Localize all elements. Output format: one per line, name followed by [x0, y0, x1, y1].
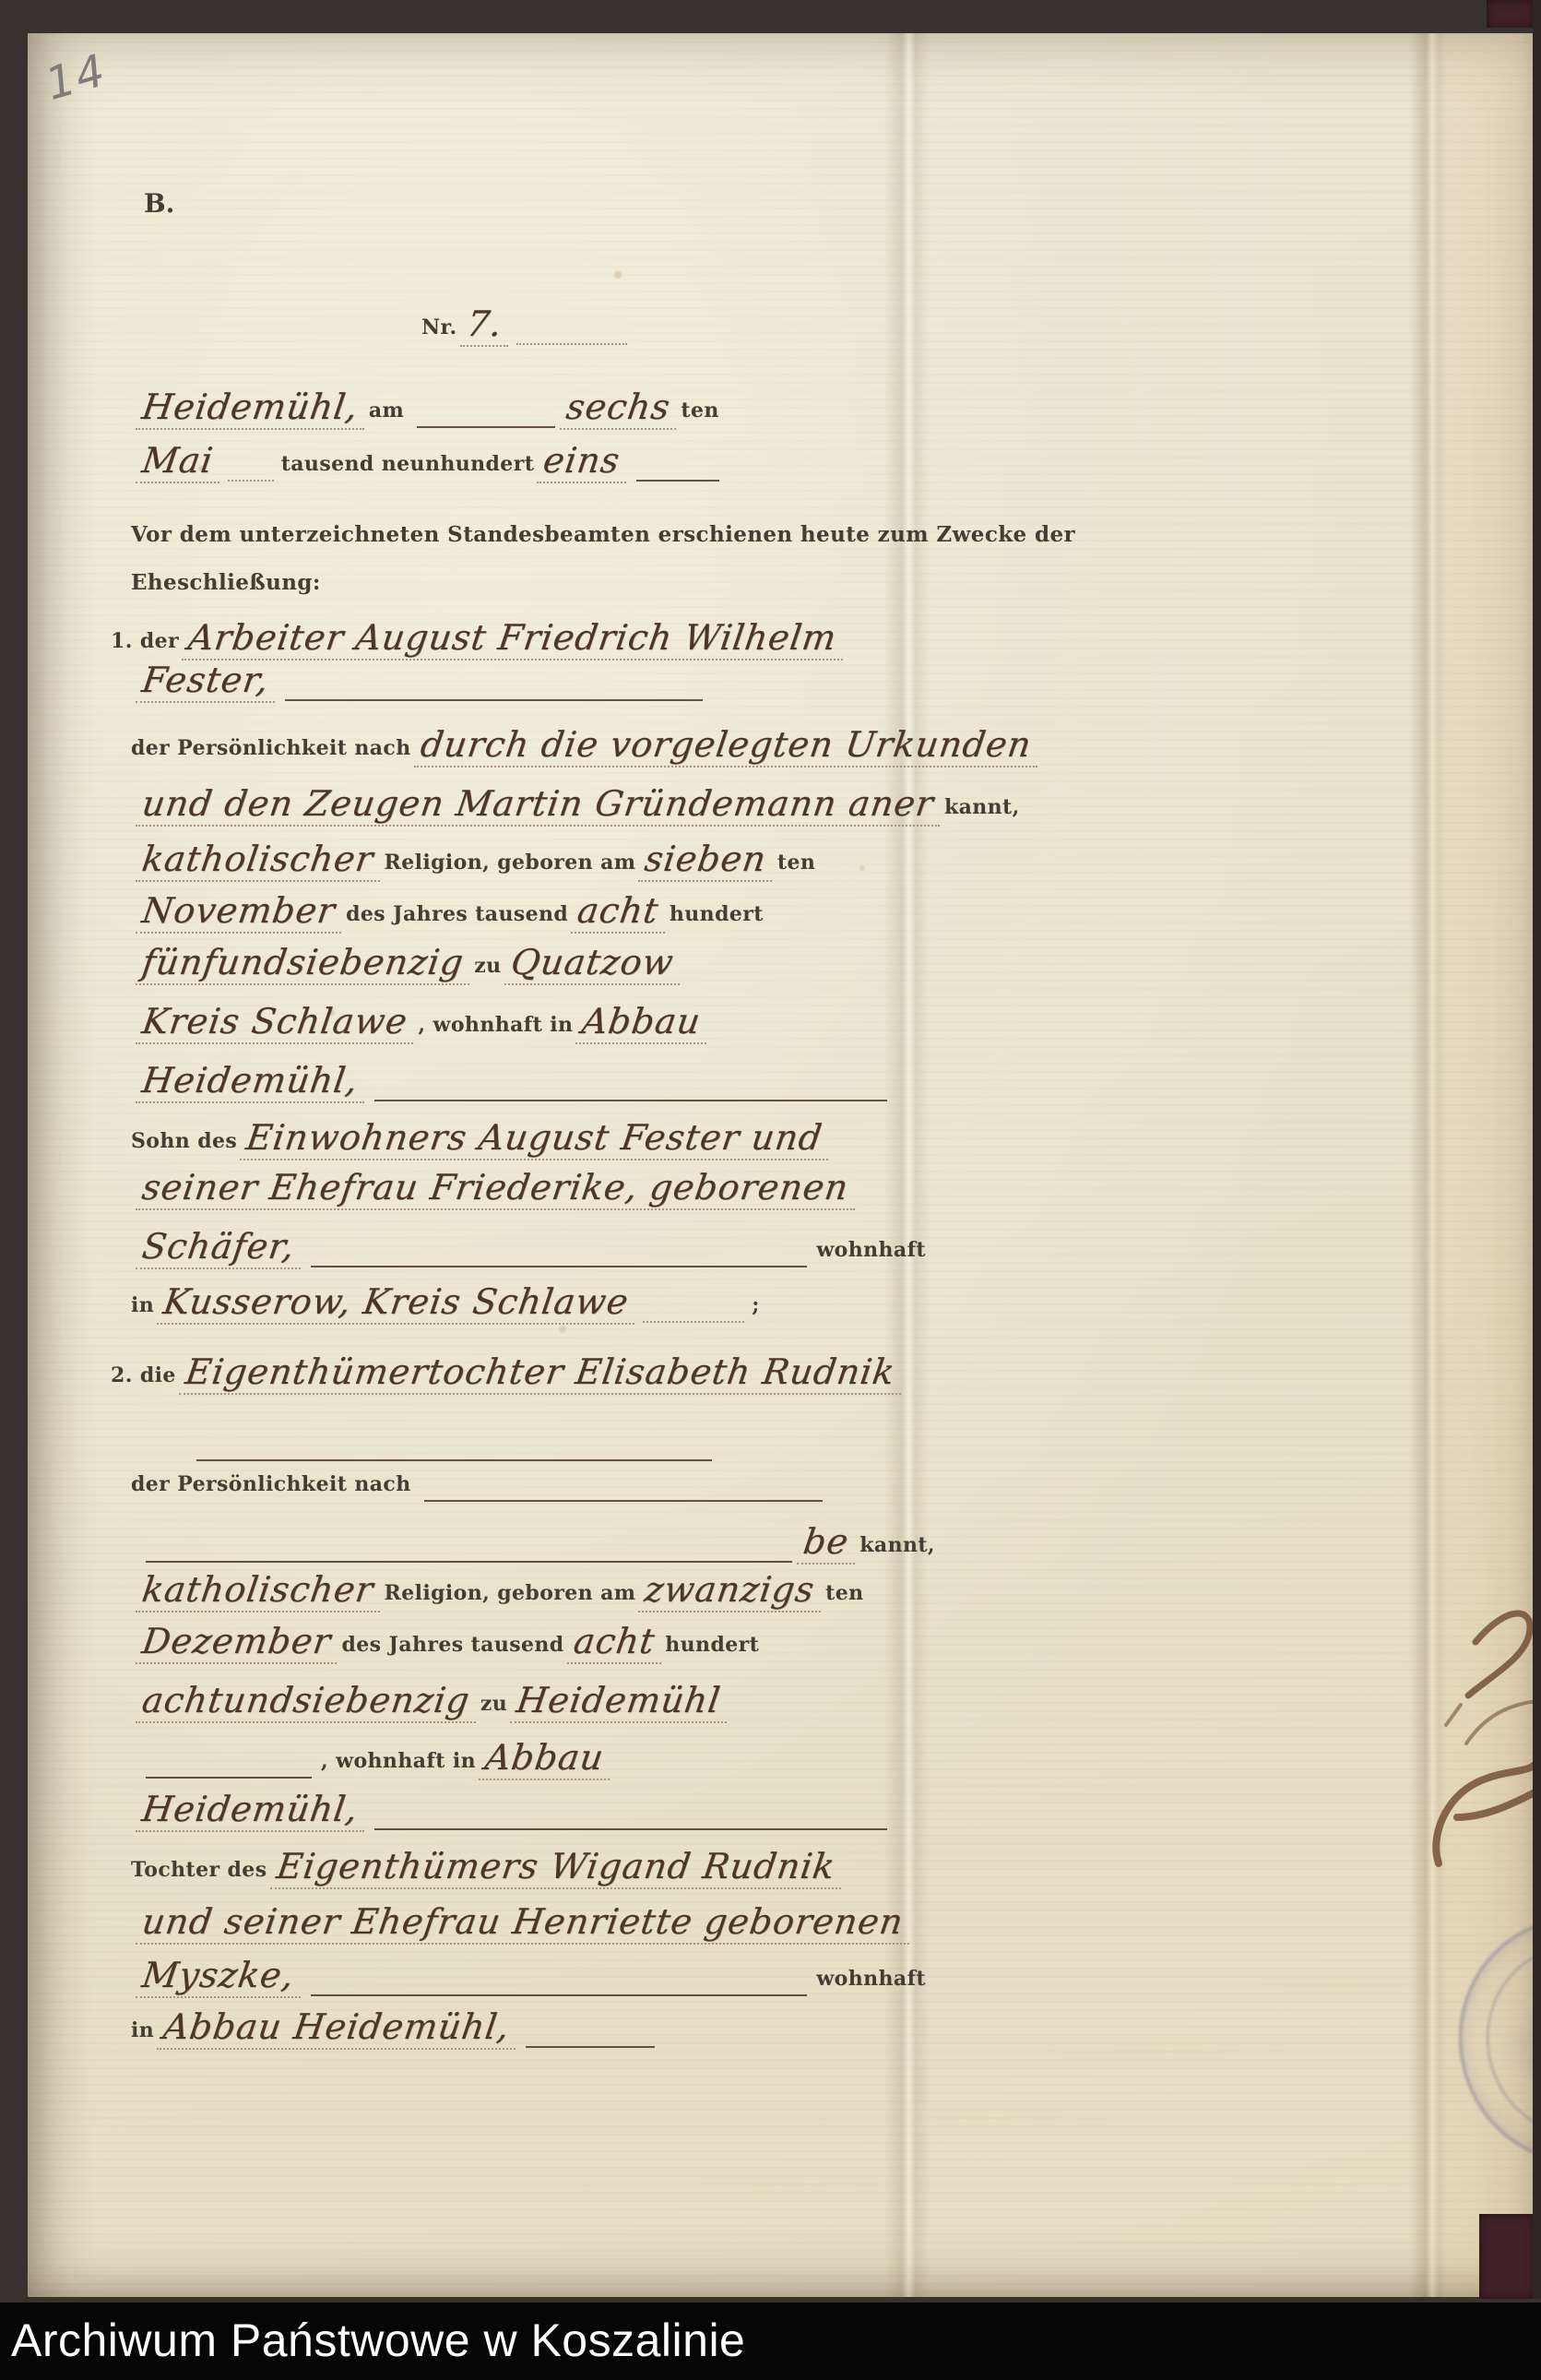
printed-form-text: der Persönlichkeit nach [129, 736, 417, 768]
printed-form-text: Nr. [420, 315, 463, 347]
handwritten-entry: Heidemühl, [136, 1791, 370, 1832]
handwritten-entry: Mai [136, 443, 225, 483]
ink-rule [311, 1266, 807, 1267]
form-line: achtundsiebenzigzuHeidemühl [138, 1670, 858, 1723]
handwritten-entry: katholischer [136, 841, 385, 882]
handwritten-entry: acht [567, 1624, 667, 1664]
ink-rule [424, 1500, 823, 1502]
archive-name: Archiwum Państwowe w Koszalinie [11, 2314, 745, 2367]
printed-form-text: wohnhaft [814, 1238, 931, 1269]
dotted-rule [643, 1321, 744, 1323]
printed-form-text: , wohnhaft in [416, 1013, 578, 1044]
handwritten-entry: Heidemühl, [136, 1063, 370, 1103]
printed-form-text: hundert [663, 1633, 765, 1664]
form-line: , wohnhaft inAbbau [138, 1727, 821, 1780]
printed-form-text: zu [479, 1692, 513, 1723]
handwritten-entry: katholischer [136, 1572, 385, 1612]
form-line: der Persönlichkeit nachdurch die vorgele… [129, 714, 830, 768]
printed-form-text: Religion, geboren am [383, 851, 642, 882]
handwritten-entry: November [136, 893, 347, 934]
printed-form-text: wohnhaft [814, 1967, 931, 1998]
handwritten-entry: acht [571, 893, 670, 934]
printed-form-text: Eheschließung: [129, 570, 326, 596]
printed-form-text: der Persönlichkeit nach [129, 1472, 417, 1504]
handwritten-entry: eins [537, 443, 632, 483]
form-line: katholischerReligion, geboren amsiebente… [138, 828, 821, 882]
printed-form-text: tausend neunhundert [279, 452, 540, 483]
form-line: inKusserow, Kreis Schlawe; [129, 1271, 941, 1325]
handwritten-entry: sechs [560, 389, 682, 430]
handwritten-entry: Abbau Heidemühl, [157, 2009, 521, 2050]
form-line: Maitausend neunhunderteins [138, 430, 710, 483]
form-line: und den Zeugen Martin Gründemann anerkan… [138, 773, 858, 827]
handwritten-entry: 7. [459, 306, 513, 347]
printed-form-text: Religion, geboren am [383, 1581, 642, 1612]
printed-form-text: ; [750, 1293, 765, 1325]
form-line: Dezemberdes Jahres tausendachthundert [138, 1611, 858, 1664]
handwritten-entry: Heidemühl [510, 1683, 732, 1723]
printed-form-text: in [129, 1293, 160, 1325]
form-line: Novemberdes Jahres tausendachthundert [138, 880, 802, 934]
printed-form-text: Vor dem unterzeichneten Standesbeamten e… [129, 522, 1081, 548]
printed-form-text: ten [776, 851, 821, 882]
handwritten-entry: und seiner Ehefrau Henriette geborenen [136, 1904, 915, 1945]
book-cover-strip-bottom [1479, 2214, 1535, 2299]
printed-form-text: 2. die [109, 1363, 182, 1395]
form-line: bekannt, [138, 1511, 941, 1565]
archive-footer-bar: Archiwum Państwowe w Koszalinie [0, 2303, 1541, 2380]
printed-form-text: des Jahres tausend [339, 1633, 569, 1664]
form-line: Tochter desEigenthümers Wigand Rudnik [129, 1836, 848, 1889]
handwritten-entry: Dezember [136, 1624, 343, 1664]
handwritten-entry: Heidemühl, [136, 389, 370, 430]
form-line: Kreis Schlawe, wohnhaft inAbbau [138, 991, 904, 1044]
dotted-rule [516, 343, 627, 345]
ink-rule [636, 480, 719, 482]
handwritten-entry: Myszke, [136, 1958, 306, 1998]
ink-rule [417, 426, 555, 428]
printed-form-text: , wohnhaft in [319, 1749, 481, 1780]
form-line: fünfundsiebenzigzuQuatzow [138, 932, 784, 985]
printed-form-text: ten [824, 1581, 869, 1612]
ink-rule [374, 1100, 887, 1101]
scanned-document-photo: 14 B. Nr.7.Heidemühl,amsechstenMaitausen… [0, 0, 1541, 2380]
printed-form-text: ten [679, 399, 724, 430]
form-line: Schäfer,wohnhaft [138, 1216, 931, 1269]
dotted-rule [228, 480, 274, 482]
handwritten-entry: achtundsiebenzig [136, 1683, 481, 1723]
handwritten-entry: Kreis Schlawe [136, 1004, 420, 1044]
form-line: der Persönlichkeit nach [129, 1450, 830, 1504]
form-line: Myszke,wohnhaft [138, 1945, 931, 1998]
printed-form-text: hundert [668, 902, 769, 934]
printed-form-text: in [129, 2018, 160, 2050]
handwritten-entry: sieben [638, 841, 778, 882]
binding-shadow [1533, 0, 1541, 2299]
handwritten-entry: Einwohners August Fester und [240, 1120, 834, 1160]
form-line: und seiner Ehefrau Henriette geborenen [138, 1891, 821, 1945]
printed-form-text: des Jahres tausend [344, 902, 574, 934]
printed-form-text: Tochter des [129, 1858, 273, 1889]
ink-rule [285, 699, 703, 701]
form-line: seiner Ehefrau Friederike, geborenen [138, 1157, 784, 1210]
handwritten-entry: Kusserow, Kreis Schlawe [157, 1284, 640, 1325]
handwritten-entry: Schäfer, [136, 1229, 306, 1269]
form-line: Heidemühl,amsechsten [138, 376, 784, 430]
form-line: katholischerReligion, geboren amzwanzigs… [138, 1559, 950, 1612]
handwritten-entry: durch die vorgelegten Urkunden [414, 727, 1043, 768]
printed-form-text: am [367, 399, 409, 430]
form-line: Eheschließung: [129, 566, 516, 596]
printed-form-text: kannt, [942, 795, 1025, 827]
handwritten-entry: Eigenthümertochter Elisabeth Rudnik [179, 1354, 907, 1395]
handwritten-entry: Fester, [136, 662, 280, 703]
marriage-form: Nr.7.Heidemühl,amsechstenMaitausend neun… [0, 0, 1541, 2380]
form-line: 2. dieEigenthümertochter Elisabeth Rudni… [109, 1341, 810, 1395]
handwritten-entry: zwanzigs [638, 1572, 826, 1612]
form-line: Nr.7. [420, 293, 650, 347]
book-cover-strip-top [1487, 0, 1535, 28]
form-line: Sohn desEinwohners August Fester und [129, 1107, 793, 1160]
form-line: inAbbau Heidemühl, [129, 1996, 830, 2050]
handwritten-entry: Abbau [479, 1740, 615, 1780]
handwritten-entry: Eigenthümers Wigand Rudnik [269, 1849, 846, 1889]
ink-rule [374, 1828, 887, 1830]
handwritten-entry: fünfundsiebenzig [136, 945, 475, 985]
handwritten-entry: und den Zeugen Martin Gründemann aner [136, 786, 945, 827]
form-line: Fester, [138, 649, 710, 703]
ink-rule [526, 2046, 655, 2048]
handwritten-entry: seiner Ehefrau Friederike, geborenen [136, 1170, 860, 1210]
form-line: Vor dem unterzeichneten Standesbeamten e… [129, 518, 848, 548]
printed-form-text: zu [472, 954, 506, 985]
form-line: Heidemühl, [138, 1779, 895, 1832]
handwritten-entry: Abbau [575, 1004, 712, 1044]
handwritten-entry: Quatzow [504, 945, 685, 985]
form-line: Heidemühl, [138, 1050, 895, 1103]
handwriting-fragment-icon [1420, 1587, 1541, 1928]
printed-form-text: Sohn des [129, 1129, 243, 1160]
